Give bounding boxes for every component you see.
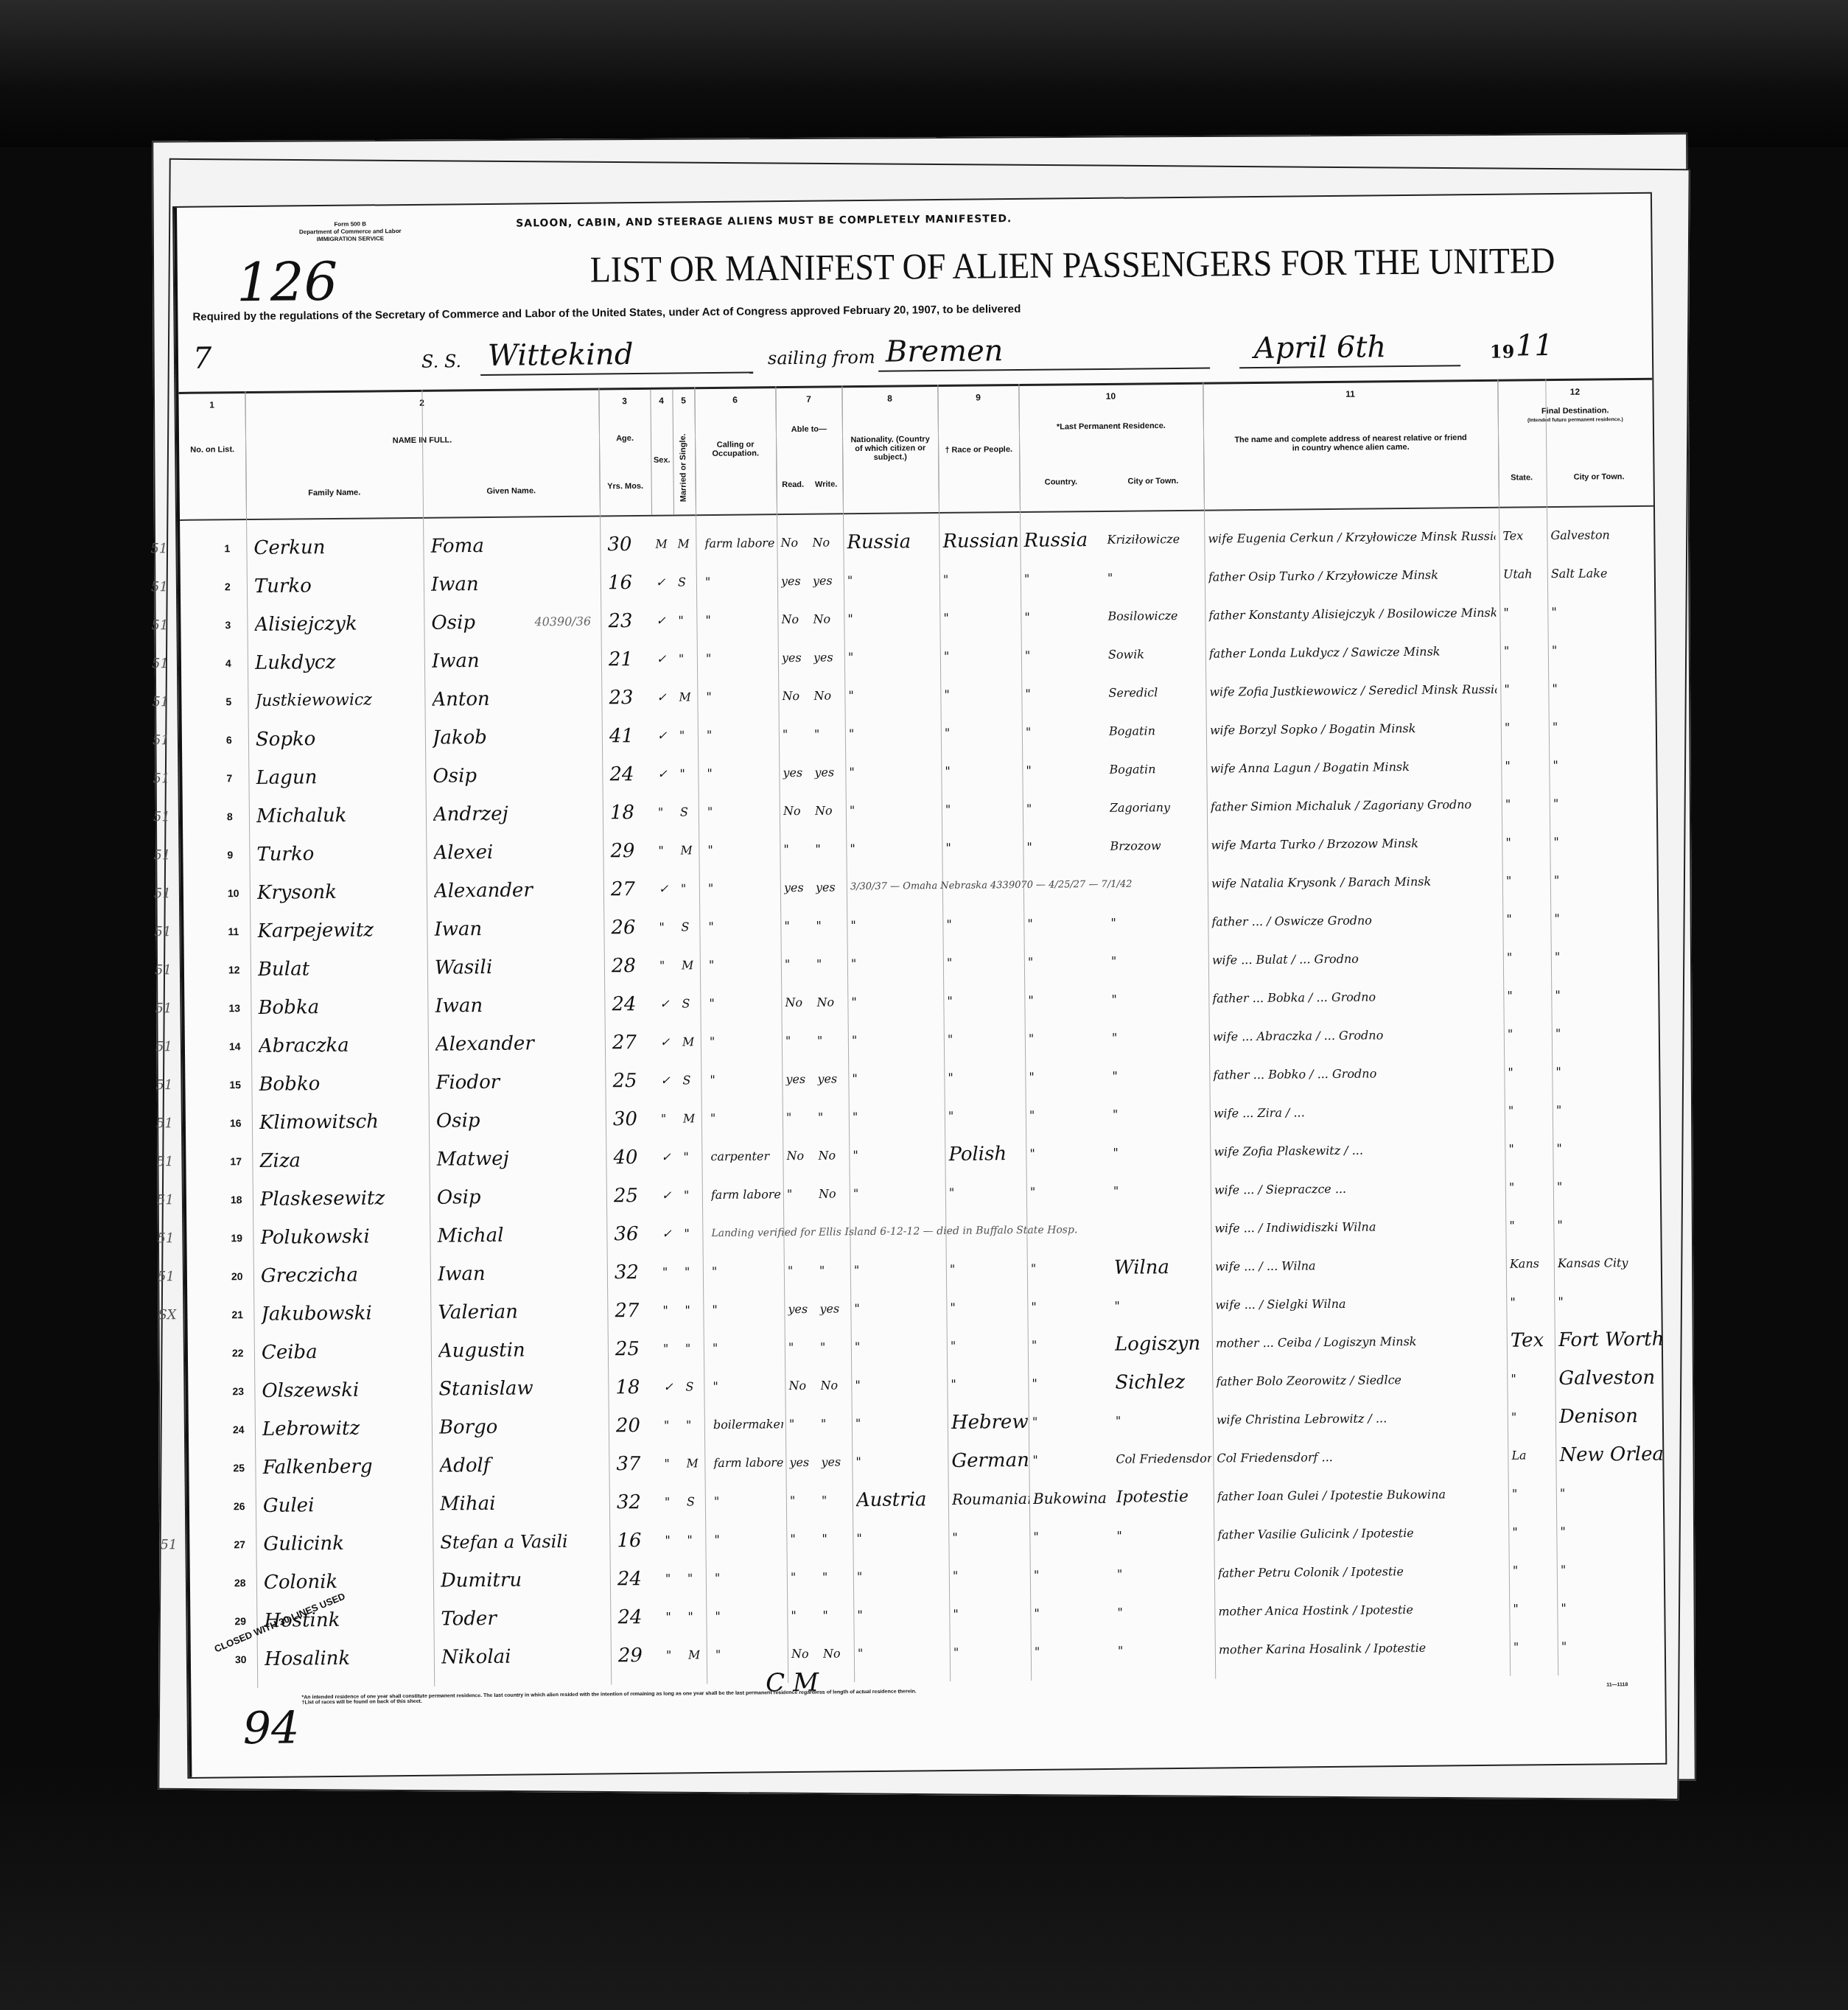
sheet-number: 126 bbox=[237, 251, 338, 313]
col-header-literacy: 7 Able to— Read. Write. bbox=[775, 388, 844, 514]
col-header-occupation: 6 Calling or Occupation. bbox=[694, 388, 777, 514]
ship-name: Wittekind bbox=[488, 337, 634, 373]
col-header-destination: 12 Final Destination. (Intended future p… bbox=[1497, 380, 1653, 507]
page-title: LIST OR MANIFEST OF ALIEN PASSENGERS FOR… bbox=[590, 239, 1555, 291]
column-headers: 1 No. on List. 2 NAME IN FULL. Family Na… bbox=[178, 378, 1653, 521]
list-mark: 7 bbox=[193, 342, 212, 376]
service: IMMIGRATION SERVICE bbox=[280, 235, 420, 244]
col-header-age: 3 Age. Yrs. Mos. bbox=[598, 390, 652, 516]
year-prefix: 19 bbox=[1490, 341, 1515, 363]
form-code: 11—1118 bbox=[1606, 1682, 1628, 1687]
col-header-relative: 11 The name and complete address of near… bbox=[1203, 382, 1499, 510]
sailing-from-label: sailing from bbox=[768, 347, 875, 368]
port: Bremen bbox=[886, 334, 1004, 369]
footnotes: *An intended residence of one year shall… bbox=[301, 1682, 1628, 1705]
page-mark: 94 bbox=[242, 1702, 299, 1754]
form-meta: Form 500 B Department of Commerce and La… bbox=[280, 220, 420, 244]
col-header-nationality: 8 Nationality. (Country of which citizen… bbox=[841, 387, 939, 513]
scan-border-bottom bbox=[0, 1767, 1848, 2010]
ship-prefix: S. S. bbox=[421, 351, 461, 372]
col-header-sex: 4 Sex. bbox=[650, 390, 674, 515]
col-header-last-residence: 10 *Last Permanent Residence. Country. C… bbox=[1018, 385, 1205, 511]
ship-line: 7 S. S. Wittekind sailing from Bremen Ap… bbox=[178, 326, 1652, 385]
date-rule bbox=[1239, 365, 1460, 368]
col-header-no: 1 No. on List. bbox=[178, 393, 247, 519]
col-header-marital: 5 Married or Single. bbox=[672, 389, 696, 514]
col-header-race: 9 † Race or People. bbox=[937, 386, 1021, 512]
year-suffix: 11 bbox=[1516, 329, 1553, 363]
banner: SALOON, CABIN, AND STEERAGE ALIENS MUST … bbox=[516, 213, 1012, 229]
scan-border-top bbox=[0, 0, 1848, 147]
manifest-sheet: Form 500 B Department of Commerce and La… bbox=[174, 194, 1665, 1777]
sailing-date: April 6th bbox=[1254, 330, 1387, 365]
